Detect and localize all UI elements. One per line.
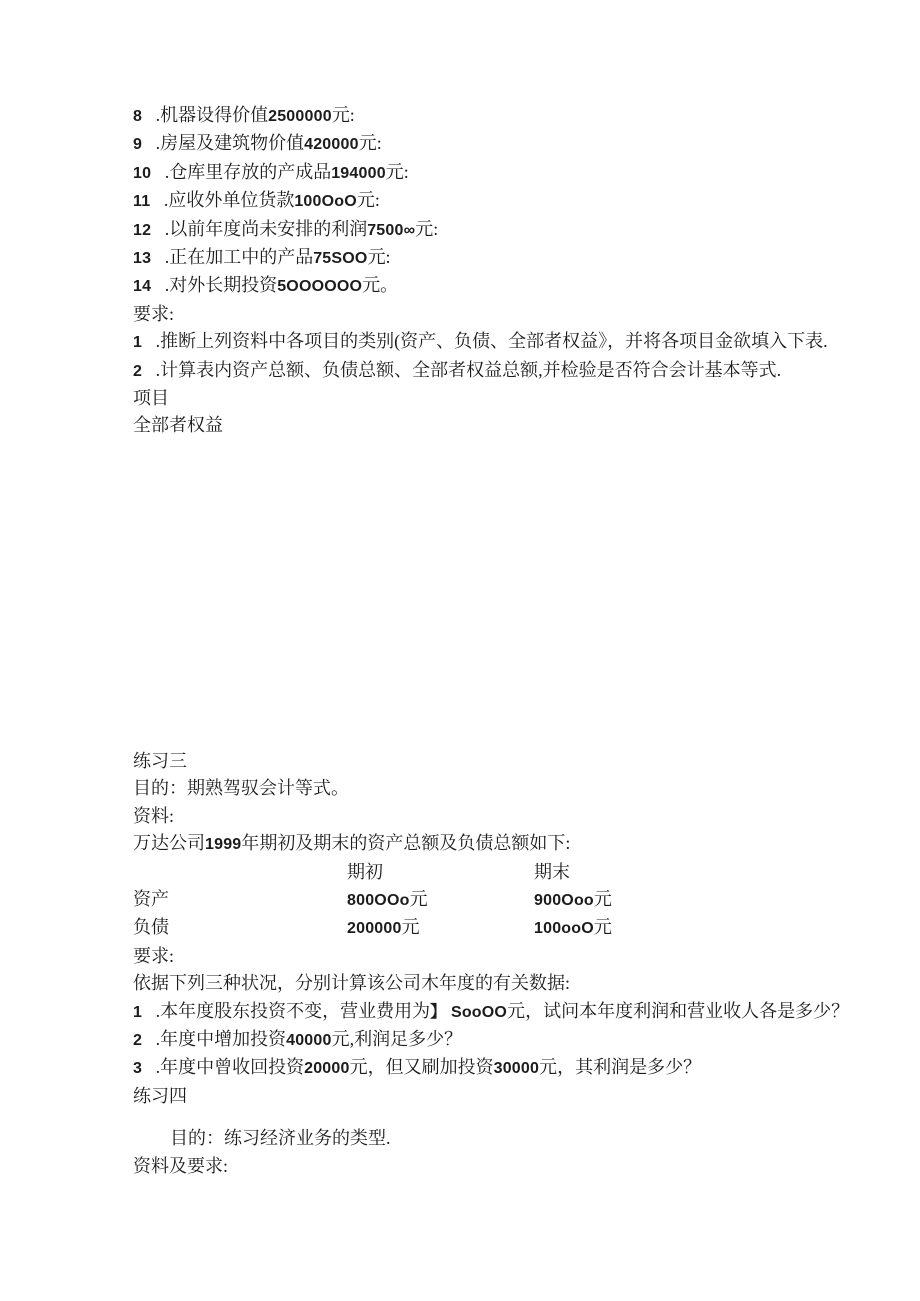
table-row-liabilities: 负债 200000元 100ooO元 bbox=[133, 914, 910, 942]
table-header-row: 期初 期末 bbox=[133, 859, 910, 886]
bold-number: 3 bbox=[133, 1060, 142, 1077]
balance-table: 期初 期末 资产 800OOo元 900Ooo元 负债 200000元 100o… bbox=[133, 859, 910, 943]
assets-end-value: 900Ooo元 bbox=[534, 886, 910, 914]
bold-number: 20000 bbox=[304, 1060, 350, 1077]
liabilities-begin-value: 200000元 bbox=[347, 914, 534, 942]
bold-number: 40000 bbox=[286, 1032, 332, 1049]
blank-gap bbox=[133, 1110, 910, 1125]
bold-number: 75SOO bbox=[313, 250, 367, 267]
bold-number: 2 bbox=[133, 1032, 142, 1049]
text-segment: 元，但又刷加投资 bbox=[350, 1057, 494, 1077]
bold-number: 2500000 bbox=[268, 108, 332, 125]
bold-number: 5OOOOOO bbox=[277, 278, 362, 295]
text-segment: .年度中曾收回投资 bbox=[142, 1057, 304, 1077]
text-segment: .机器设得价值 bbox=[142, 105, 268, 125]
exercise2-item-8: 8 .机器设得价值2500000元: bbox=[133, 102, 910, 130]
exercise2-item-9: 9 .房屋及建筑物价值420000元: bbox=[133, 130, 910, 158]
text-segment: 元 bbox=[594, 889, 612, 909]
text-segment: 元,利润足多少？ bbox=[332, 1029, 463, 1049]
text-segment: 元 bbox=[594, 917, 612, 937]
exercise3-title: 练习三 bbox=[133, 748, 910, 775]
bold-number: 2 bbox=[133, 363, 142, 380]
exercise4-purpose: 目的：练习经济业务的类型. bbox=[133, 1125, 910, 1152]
text-segment: 元: bbox=[357, 190, 380, 210]
text-segment: 元 bbox=[402, 917, 420, 937]
bold-number: 11 bbox=[133, 193, 150, 210]
bold-number: 900Ooo bbox=[534, 892, 594, 909]
text-segment: .以前年度尚未安排的利润 bbox=[151, 219, 367, 239]
text-segment: .对外长期投资 bbox=[151, 275, 277, 295]
exercise2-requirement-1: 1 .推断上列资料中各项目的类别(资产、负债、全部者权益》，并将各项目金欲填入下… bbox=[133, 328, 910, 356]
text-segment: .年度中增加投资 bbox=[142, 1029, 286, 1049]
exercise3-require-intro: 依据下列三种状况，分别计算该公司木年度的有关数据: bbox=[133, 970, 910, 997]
bold-number: 1 bbox=[133, 334, 142, 351]
exercise4-material-label: 资料及要求: bbox=[133, 1153, 910, 1180]
exercise2-item-10: 10 .仓库里存放的产成品194000元: bbox=[133, 159, 910, 187]
text-segment: 元: bbox=[386, 162, 409, 182]
bold-number: 194000 bbox=[331, 165, 386, 182]
assets-label: 资产 bbox=[133, 886, 347, 914]
text-segment: .仓库里存放的产成品 bbox=[151, 162, 331, 182]
exercise4-title: 练习四 bbox=[133, 1083, 910, 1110]
exercise3-material-label: 资料: bbox=[133, 803, 910, 830]
text-segment: 元，试问本年度利润和营业收人各是多少？ bbox=[507, 1001, 849, 1021]
bold-number: 12 bbox=[133, 222, 151, 239]
text-segment: .本年度股东投资不变，营业费用为 bbox=[142, 1001, 430, 1021]
exercise3-question-2: 2 .年度中增加投资40000元,利润足多少？ bbox=[133, 1026, 910, 1054]
bold-number: 7500∞ bbox=[367, 222, 415, 239]
bold-number: 13 bbox=[133, 250, 151, 267]
bold-number: 30000 bbox=[494, 1060, 540, 1077]
bold-number: 100OoO bbox=[294, 193, 357, 210]
exercise2-item-11: 11 .应收外单位货款100OoO元: bbox=[133, 187, 910, 215]
text-segment: .推断上列资料中各项目的类别(资产、负债、全部者权益》，并将各项目金欲填入下表. bbox=[142, 331, 828, 351]
bold-number: 200000 bbox=[347, 920, 402, 937]
text-segment: .计算表内资产总额、负债总额、全部者权益总额,并检验是否符合会计基本等式. bbox=[142, 360, 781, 380]
exercise3-purpose: 目的：期熟驾驭会计等式。 bbox=[133, 775, 910, 802]
text-segment: 元: bbox=[368, 247, 391, 267]
liabilities-label: 负债 bbox=[133, 914, 347, 942]
bold-number: 8 bbox=[133, 108, 142, 125]
exercise3-material-intro: 万达公司1999年期初及期末的资产总额及负债总额如下: bbox=[133, 830, 910, 858]
text-segment: 元，其利润是多少？ bbox=[539, 1057, 701, 1077]
exercise2-stub-item-label: 项目 bbox=[133, 385, 910, 412]
text-segment: 年期初及期末的资产总额及负债总额如下: bbox=[241, 833, 570, 853]
bold-number: 1999 bbox=[205, 836, 241, 853]
exercise2-item-14: 14 .对外长期投资5OOOOOO元。 bbox=[133, 272, 910, 300]
table-header-blank bbox=[133, 859, 347, 886]
exercise2-require-label: 要求: bbox=[133, 301, 910, 328]
text-segment: 元: bbox=[359, 133, 382, 153]
exercise3-question-3: 3 .年度中曾收回投资20000元，但又刷加投资30000元，其利润是多少？ bbox=[133, 1054, 910, 1082]
bold-number: 10 bbox=[133, 165, 151, 182]
bold-number: 1 bbox=[133, 1004, 142, 1021]
exercise2-item-13: 13 .正在加工中的产品75SOO元: bbox=[133, 244, 910, 272]
exercise2-stub-equity-label: 全部者权益 bbox=[133, 412, 910, 439]
text-segment: 元。 bbox=[362, 275, 398, 295]
text-segment: 元 bbox=[410, 889, 428, 909]
blank-gap bbox=[133, 440, 910, 748]
bold-number: 9 bbox=[133, 136, 142, 153]
bold-number: 800OOo bbox=[347, 892, 410, 909]
bold-number: 】 SooOO bbox=[430, 1004, 507, 1021]
text-segment: 万达公司 bbox=[133, 833, 205, 853]
text-segment: 元: bbox=[332, 105, 355, 125]
exercise3-require-label: 要求: bbox=[133, 943, 910, 970]
bold-number: 14 bbox=[133, 278, 151, 295]
liabilities-end-value: 100ooO元 bbox=[534, 914, 910, 942]
exercise2-requirement-2: 2 .计算表内资产总额、负债总额、全部者权益总额,并检验是否符合会计基本等式. bbox=[133, 357, 910, 385]
table-header-begin: 期初 bbox=[347, 859, 534, 886]
table-header-end: 期末 bbox=[534, 859, 910, 886]
text-segment: 元: bbox=[415, 219, 438, 239]
bold-number: 420000 bbox=[304, 136, 359, 153]
document-page: 8 .机器设得价值2500000元: 9 .房屋及建筑物价值420000元: 1… bbox=[0, 0, 920, 1301]
exercise3-question-1: 1 .本年度股东投资不变，营业费用为】 SooOO元，试问本年度利润和营业收人各… bbox=[133, 998, 910, 1026]
text-segment: .应收外单位货款 bbox=[150, 190, 294, 210]
assets-begin-value: 800OOo元 bbox=[347, 886, 534, 914]
bold-number: 100ooO bbox=[534, 920, 594, 937]
text-segment: .正在加工中的产品 bbox=[151, 247, 313, 267]
text-segment: .房屋及建筑物价值 bbox=[142, 133, 304, 153]
table-row-assets: 资产 800OOo元 900Ooo元 bbox=[133, 886, 910, 914]
exercise2-item-12: 12 .以前年度尚未安排的利润7500∞元: bbox=[133, 216, 910, 244]
